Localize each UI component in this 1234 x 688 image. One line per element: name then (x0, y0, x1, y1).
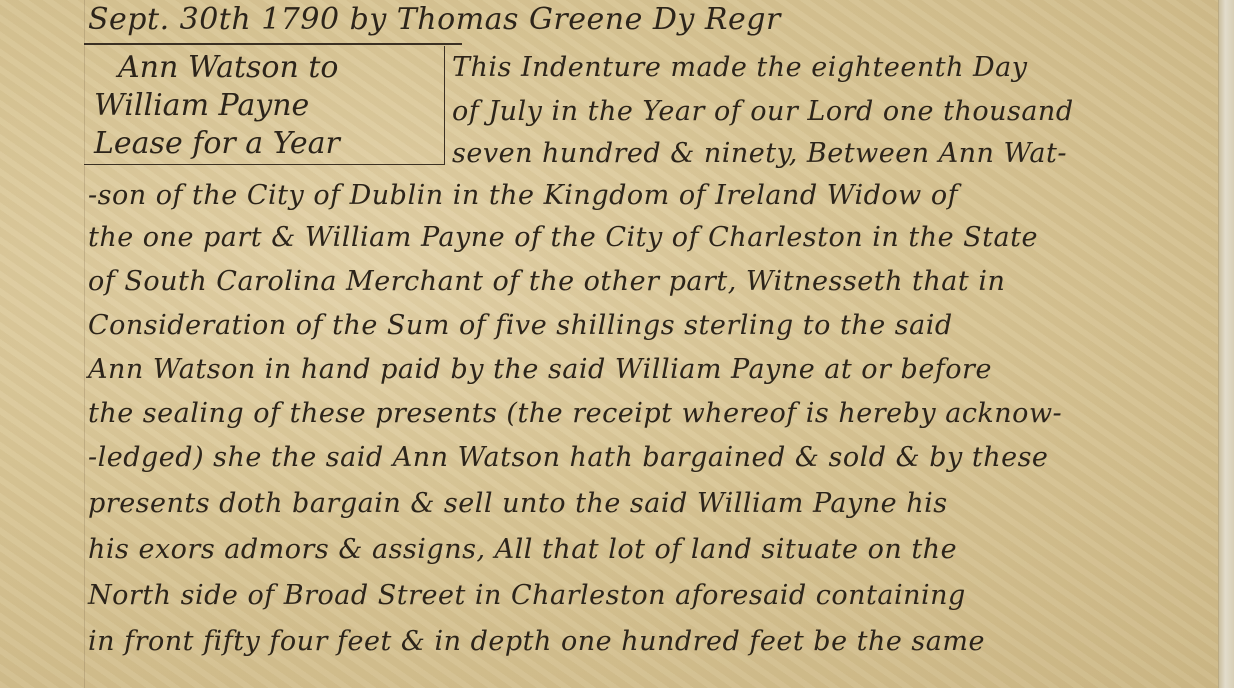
body-line: This Indenture made the eighteenth Day (452, 52, 1028, 83)
caption-parties-grantor: Ann Watson to (118, 50, 338, 85)
page-binding-edge (1218, 0, 1234, 688)
body-line: in front fifty four feet & in depth one … (88, 626, 985, 657)
body-line: his exors admors & assigns, All that lot… (88, 534, 957, 565)
margin-caption-box: Ann Watson to William Payne Lease for a … (84, 46, 445, 165)
manuscript-page: Sept. 30th 1790 by Thomas Greene Dy Regr… (0, 0, 1234, 688)
caption-parties-grantee: William Payne (94, 88, 309, 123)
body-line: North side of Broad Street in Charleston… (88, 580, 966, 611)
record-header: Sept. 30th 1790 by Thomas Greene Dy Regr (88, 2, 781, 37)
caption-instrument-type: Lease for a Year (94, 126, 340, 161)
body-line: seven hundred & ninety, Between Ann Wat- (452, 138, 1067, 169)
body-line: presents doth bargain & sell unto the sa… (88, 488, 948, 519)
body-line: the sealing of these presents (the recei… (88, 398, 1062, 429)
body-line: -son of the City of Dublin in the Kingdo… (88, 180, 958, 211)
body-line: of South Carolina Merchant of the other … (88, 266, 1005, 297)
header-underline (84, 43, 462, 45)
body-line: of July in the Year of our Lord one thou… (452, 96, 1074, 127)
body-line: Ann Watson in hand paid by the said Will… (88, 354, 992, 385)
body-line: -ledged) she the said Ann Watson hath ba… (88, 442, 1048, 473)
body-line: Consideration of the Sum of five shillin… (88, 310, 953, 341)
body-line: the one part & William Payne of the City… (88, 222, 1038, 253)
